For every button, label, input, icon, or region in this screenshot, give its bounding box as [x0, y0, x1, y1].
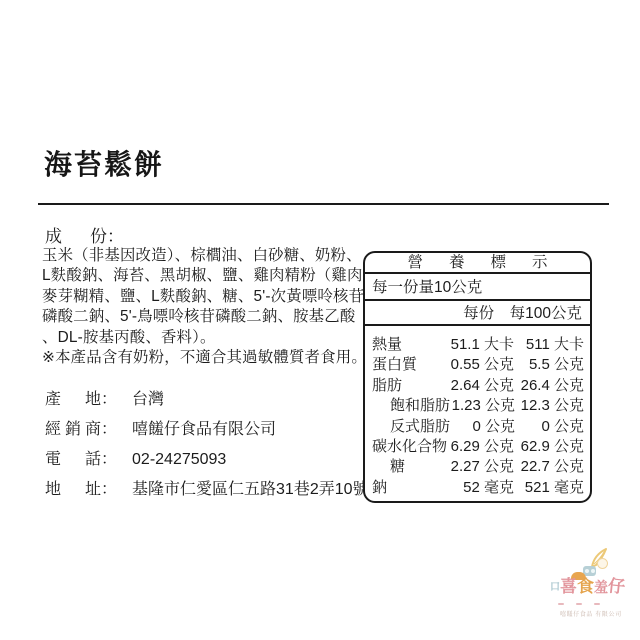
- logo-char: 食: [577, 578, 594, 595]
- logo-char: 口: [550, 583, 560, 595]
- per-serving-value: 1.23 公克: [450, 396, 515, 416]
- page-title: 海苔鬆餅: [44, 143, 164, 183]
- logo-char: 仔: [607, 577, 626, 596]
- address-label: 地址: [45, 479, 101, 501]
- ingredients-label: 成份: [45, 222, 107, 247]
- nutrition-row-trans-fat: 反式脂肪0 公克0 公克: [365, 417, 590, 437]
- product-label-page: 海苔鬆餅 成份： 玉米（非基因改造）、棕櫚油、白砂糖、奶粉、 L麩酸鈉、海苔、黑…: [0, 0, 640, 640]
- nutrient-name: 熱量: [372, 335, 448, 355]
- origin-value: 台灣: [132, 391, 164, 408]
- per-100g-value: 62.9 公克: [514, 437, 584, 457]
- per-100g-value: 12.3 公克: [515, 396, 584, 416]
- serving-size-row: 每一份量10公克: [365, 274, 590, 301]
- logo-dashes: [558, 603, 600, 605]
- phone-label: 電話: [45, 449, 101, 471]
- per-serving-value: 51.1 大卡: [448, 335, 514, 355]
- per-100g-value: 0 公克: [515, 417, 584, 437]
- distributor-info: 產地：台灣 經銷商：嘻饈仔食品有限公司 電話：02-24275093 地址：基隆…: [45, 389, 375, 509]
- nutrition-body: 熱量51.1 大卡511 大卡 蛋白質0.55 公克5.5 公克 脂肪2.64 …: [365, 326, 590, 498]
- nutrition-row-protein: 蛋白質0.55 公克5.5 公克: [365, 355, 590, 375]
- info-row-distributor: 經銷商：嘻饈仔食品有限公司: [45, 419, 375, 449]
- origin-label: 產地: [45, 389, 101, 411]
- nutrition-row-carbohydrate: 碳水化合物6.29 公克62.9 公克: [365, 437, 590, 457]
- ingredients-line: L麩酸鈉、海苔、黑胡椒、鹽、雞肉精粉（雞肉: [42, 266, 372, 286]
- nutrient-name: 碳水化合物: [372, 437, 448, 457]
- distributor-label: 經銷商: [45, 419, 101, 441]
- per-serving-value: 0 公克: [450, 417, 515, 437]
- distributor-value: 嘻饈仔食品有限公司: [132, 421, 276, 438]
- brand-logo-text: 口 喜 食 羞 仔: [550, 578, 625, 595]
- colon: ：: [101, 419, 117, 441]
- logo-char: 喜: [560, 578, 577, 595]
- title-divider: [38, 203, 609, 205]
- ingredients-colon: ：: [107, 227, 124, 246]
- ingredients-line: 、DL-胺基丙酸、香料）。: [42, 328, 372, 348]
- ingredients-text: 玉米（非基因改造）、棕櫚油、白砂糖、奶粉、 L麩酸鈉、海苔、黑胡椒、鹽、雞肉精粉…: [42, 246, 372, 368]
- ingredients-heading: 成份：: [45, 222, 124, 247]
- per-100g-value: 26.4 公克: [514, 376, 584, 396]
- per-100g-value: 521 毫克: [514, 478, 584, 498]
- per-serving-value: 6.29 公克: [448, 437, 514, 457]
- brand-watermark: 口 喜 食 羞 仔 嘻饈仔食品 有限公司: [550, 545, 640, 623]
- colon: ：: [101, 449, 117, 471]
- colon: ：: [101, 479, 117, 501]
- nutrient-name: 飽和脂肪: [372, 396, 450, 416]
- ingredients-line: 玉米（非基因改造）、棕櫚油、白砂糖、奶粉、: [42, 246, 372, 266]
- nutrition-row-calories: 熱量51.1 大卡511 大卡: [365, 335, 590, 355]
- nutrition-row-sugar: 糖2.27 公克22.7 公克: [365, 457, 590, 477]
- per-serving-value: 2.64 公克: [448, 376, 514, 396]
- info-row-origin: 產地：台灣: [45, 389, 375, 419]
- brand-tagline: 嘻饈仔食品 有限公司: [560, 609, 622, 618]
- per-serving-value: 0.55 公克: [448, 355, 514, 375]
- nutrient-name: 脂肪: [372, 376, 448, 396]
- per-100g-value: 511 大卡: [514, 335, 584, 355]
- logo-char: 羞: [594, 580, 608, 595]
- nutrition-title-row: 營養標示: [365, 253, 590, 274]
- nutrition-row-saturated-fat: 飽和脂肪1.23 公克12.3 公克: [365, 396, 590, 416]
- address-value: 基隆市仁愛區仁五路31巷2弄10號: [132, 481, 369, 498]
- allergen-warning: ※本產品含有奶粉，不適合其過敏體質者食用。: [42, 348, 372, 368]
- phone-value: 02-24275093: [132, 451, 226, 468]
- info-row-phone: 電話：02-24275093: [45, 449, 375, 479]
- nutrition-row-sodium: 鈉52 毫克521 毫克: [365, 478, 590, 498]
- ingredients-line: 麥芽糊精、鹽、L麩酸鈉、糖、5'-次黃嘌呤核苷: [42, 287, 372, 307]
- nutrient-name: 蛋白質: [372, 355, 448, 375]
- nutrient-name: 糖: [372, 457, 448, 477]
- colon: ：: [101, 389, 117, 411]
- per-100g-value: 22.7 公克: [514, 457, 584, 477]
- nutrition-title: 營養標示: [408, 253, 548, 273]
- ingredients-line: 磷酸二鈉、5'-鳥嘌呤核苷磷酸二鈉、胺基乙酸: [42, 307, 372, 327]
- info-row-address: 地址：基隆市仁愛區仁五路31巷2弄10號: [45, 479, 375, 509]
- nutrition-row-fat: 脂肪2.64 公克26.4 公克: [365, 376, 590, 396]
- per-serving-value: 2.27 公克: [448, 457, 514, 477]
- bun-icon: [597, 558, 608, 569]
- nutrient-name: 反式脂肪: [372, 417, 450, 437]
- nutrition-table: 營養標示 每一份量10公克 每份 每100公克 熱量51.1 大卡511 大卡 …: [363, 251, 592, 503]
- nutrient-name: 鈉: [372, 478, 448, 498]
- per-serving-value: 52 毫克: [448, 478, 514, 498]
- column-header-row: 每份 每100公克: [365, 301, 590, 326]
- per-100g-value: 5.5 公克: [514, 355, 584, 375]
